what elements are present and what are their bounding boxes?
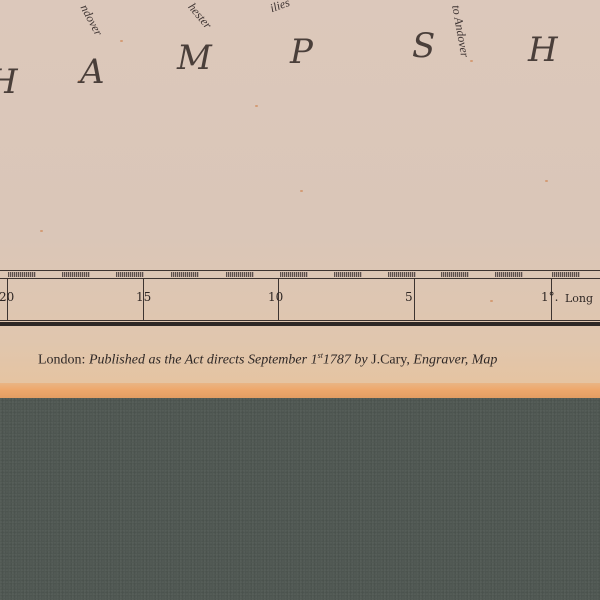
imprint-year: 1787	[323, 353, 351, 368]
neatline	[0, 322, 600, 326]
foxing-speck	[545, 180, 548, 182]
foxing-speck	[300, 190, 303, 192]
scale-number-5: 5	[405, 290, 413, 304]
imprint-by: by	[354, 353, 367, 368]
foxing-speck	[470, 60, 473, 62]
publisher-imprint: London: Published as the Act directs Sep…	[38, 351, 497, 369]
scale-number-1-degree: 1°.	[541, 290, 558, 304]
imprint-engraver-name: J.Cary,	[371, 353, 410, 368]
map-paper: ndover hester ilies to Andover H A M P S…	[0, 0, 600, 388]
imprint-place: London:	[38, 353, 85, 368]
county-letter-p: P	[290, 32, 314, 72]
mount-board	[0, 398, 600, 600]
county-letter-m: M	[177, 38, 213, 78]
foxing-speck	[40, 230, 43, 232]
road-label-andover: ndover	[77, 2, 106, 38]
longitude-scale: 20 15 10 5 1°. Long	[0, 278, 600, 321]
county-letter-s: S	[412, 26, 436, 66]
scale-number-15: 15	[136, 290, 151, 304]
road-label-winchester: hester	[185, 0, 215, 32]
scale-number-20: 20	[0, 290, 14, 304]
scale-label-long: Long	[565, 292, 593, 305]
paper-edge	[0, 383, 600, 399]
road-label-to-andover: to Andover	[448, 4, 472, 59]
foxing-speck	[255, 105, 258, 107]
scale-number-10: 10	[268, 290, 283, 304]
county-letter-h2: H	[528, 30, 559, 70]
road-label-miles: ilies	[268, 0, 292, 16]
foxing-speck	[120, 40, 123, 42]
imprint-text: Published as the Act directs September 1	[89, 353, 318, 368]
imprint-trailing-text: Engraver, Map	[413, 353, 497, 368]
county-letter-h: H	[0, 62, 19, 102]
county-letter-a: A	[80, 52, 106, 92]
